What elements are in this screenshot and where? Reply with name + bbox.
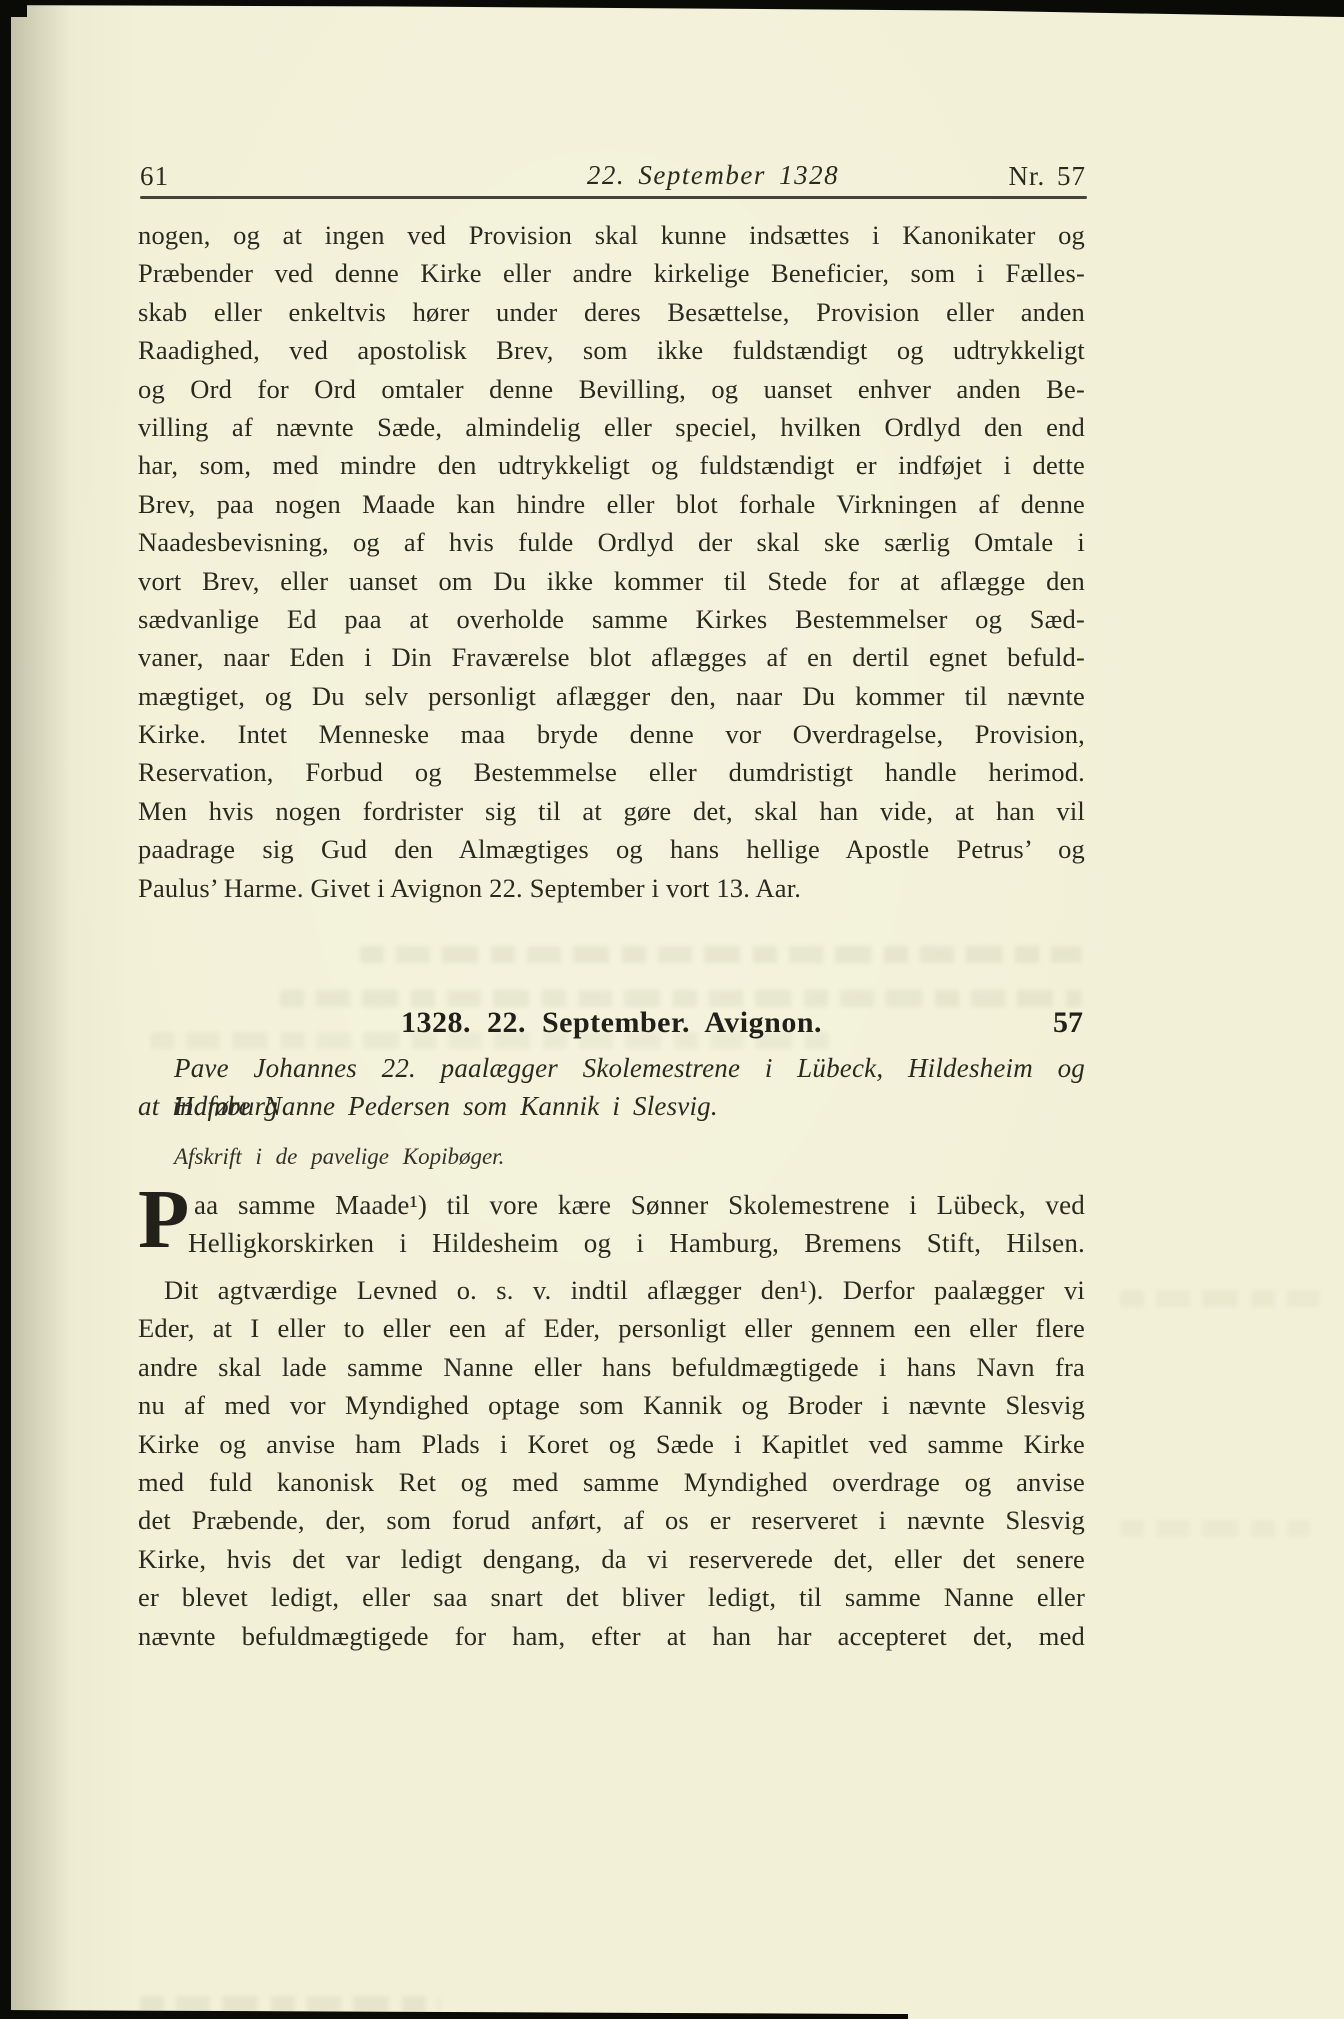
text-line: nu af med vor Myndighed optage som Kanni… <box>138 1386 1085 1424</box>
drop-cap: P <box>138 1188 188 1263</box>
text-line: andre skal lade samme Nanne eller hans b… <box>138 1348 1085 1386</box>
text-line: sædvanlige Ed paa at overholde samme Kir… <box>138 600 1085 638</box>
text-line: nogen, og at ingen ved Provision skal ku… <box>138 216 1085 254</box>
text-line: og Ord for Ord omtaler denne Bevilling, … <box>138 370 1085 408</box>
text-line: har, som, med mindre den udtrykkeligt og… <box>138 446 1085 484</box>
text-line: Raadighed, ved apostolisk Brev, som ikke… <box>138 331 1085 369</box>
page-number: 61 <box>140 161 169 192</box>
text-line: paadrage sig Gud den Almægtiges og hans … <box>138 830 1085 868</box>
entry-dateline: 1328. 22. September. Avignon. <box>138 1006 1085 1040</box>
bleed-through-smudge <box>1120 1290 1320 1307</box>
text-line: at indføre Nanne Pedersen som Kannik i S… <box>138 1087 1085 1125</box>
entry-letter-body: Dit agtværdige Levned o. s. v. indtil af… <box>138 1271 1085 1655</box>
letter-continuation-paragraph: nogen, og at ingen ved Provision skal ku… <box>138 216 1085 907</box>
text-line: Kirke. Intet Menneske maa bryde denne vo… <box>138 715 1085 753</box>
text-line: Kirke, hvis det var ledigt dengang, da v… <box>138 1540 1085 1578</box>
text-line: Reservation, Forbud og Bestemmelse eller… <box>138 753 1085 791</box>
text-line: Eder, at I eller to eller een af Eder, p… <box>138 1309 1085 1347</box>
number-label: Nr. 57 <box>1009 161 1087 192</box>
bleed-through-smudge <box>280 990 1082 1007</box>
text-line: Præbender ved denne Kirke eller andre ki… <box>138 254 1085 292</box>
bleed-through-smudge <box>1120 1520 1310 1537</box>
text-line: Naadesbevisning, og af hvis fulde Ordlyd… <box>138 523 1085 561</box>
header-rule <box>140 196 1087 199</box>
text-line: skab eller enkeltvis hører under deres B… <box>138 293 1085 331</box>
text-line: Kirke og anvise ham Plads i Koret og Sæd… <box>138 1425 1085 1463</box>
text-line: Paulus’ Harme. Givet i Avignon 22. Septe… <box>138 869 1085 907</box>
entry-regest: Pave Johannes 22. paalægger Skolemestren… <box>138 1049 1085 1125</box>
text-line: nævnte befuldmægtigede for ham, efter at… <box>138 1617 1085 1655</box>
source-note: Afskrift i de pavelige Kopibøger. <box>174 1140 1074 1174</box>
text-line: aa samme Maade¹) til vore kære Sønner Sk… <box>188 1186 1085 1224</box>
entry-salutation: P aa samme Maade¹) til vore kære Sønner … <box>138 1186 1085 1263</box>
text-line: mægtiget, og Du selv personligt aflægger… <box>138 677 1085 715</box>
running-header: 61 22. September 1328 Nr. 57 <box>138 158 1086 192</box>
salutation-lines: aa samme Maade¹) til vore kære Sønner Sk… <box>188 1186 1085 1263</box>
text-line: er blevet ledigt, eller saa snart det bl… <box>138 1578 1085 1616</box>
text-line: Pave Johannes 22. paalægger Skolemestren… <box>138 1049 1085 1087</box>
text-line: Men hvis nogen fordrister sig til at gør… <box>138 792 1085 830</box>
text-line: det Præbende, der, som forud anført, af … <box>138 1501 1085 1539</box>
text-line: Brev, paa nogen Maade kan hindre eller b… <box>138 485 1085 523</box>
scan-edge-left <box>0 0 11 2019</box>
scan-edge-bottom <box>0 2010 908 2019</box>
text-line: Dit agtværdige Levned o. s. v. indtil af… <box>138 1271 1085 1309</box>
entry-number: 57 <box>1053 1006 1083 1040</box>
running-title: 22. September 1328 <box>435 160 991 191</box>
text-line: Helligkorskirken i Hildesheim og i Hambu… <box>188 1224 1085 1262</box>
text-line: vaner, naar Eden i Din Fraværelse blot a… <box>138 638 1085 676</box>
text-line: vort Brev, eller uanset om Du ikke komme… <box>138 562 1085 600</box>
scan-edge-top <box>0 0 1344 17</box>
text-line: med fuld kanonisk Ret og med samme Myndi… <box>138 1463 1085 1501</box>
text-line: villing af nævnte Sæde, almindelig eller… <box>138 408 1085 446</box>
bleed-through-smudge <box>140 1996 440 2013</box>
bleed-through-smudge <box>360 946 1082 963</box>
book-page-scan: 61 22. September 1328 Nr. 57 nogen, og a… <box>0 0 1344 2019</box>
book-gutter-shadow <box>11 0 71 2019</box>
entry-heading: 1328. 22. September. Avignon. 57 <box>138 1006 1085 1042</box>
